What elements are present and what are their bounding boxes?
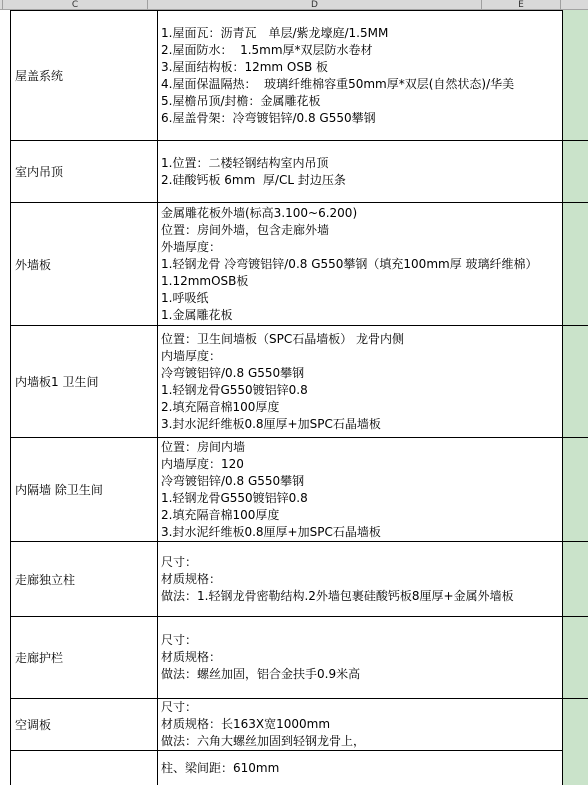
- spec-line: 柱、梁间距：610mm: [161, 760, 562, 777]
- row-label-cell[interactable]: 空调板: [10, 698, 158, 750]
- green-column-cell[interactable]: [563, 698, 588, 750]
- row-label-cell[interactable]: 室内吊顶: [10, 140, 158, 202]
- spec-line: 冷弯镀铝锌/0.8 G550攀钢: [161, 473, 562, 490]
- spec-line: 尺寸：: [161, 554, 562, 571]
- column-letter: C: [72, 1, 78, 10]
- row-label-cell[interactable]: 屋盖系统: [10, 10, 158, 140]
- column-letter: D: [311, 1, 318, 10]
- green-column-cell[interactable]: [563, 325, 588, 437]
- spec-line: 3.封水泥纤维板0.8厘厚+加SPC石晶墙板: [161, 524, 562, 541]
- row-content-cell[interactable]: 尺寸：材质规格：长163X宽1000mm做法：六角大螺丝加固到轻钢龙骨上，: [158, 698, 563, 750]
- column-letter: E: [518, 1, 524, 10]
- row-label-cell[interactable]: 走廊独立柱: [10, 541, 158, 616]
- spec-line: 1.屋面瓦：沥青瓦 单层/紫龙壕庭/1.5MM: [161, 25, 562, 42]
- table-row: 走廊护栏尺寸：材质规格：做法：螺丝加固，铝合金扶手0.9米高: [10, 616, 588, 698]
- spec-line: 内墙厚度：: [161, 348, 562, 365]
- row-label-cell[interactable]: [10, 750, 158, 785]
- spec-line: 1.位置：二楼轻钢结构室内吊顶: [161, 155, 562, 172]
- row-label: 外墙板: [15, 256, 51, 273]
- green-column-cell[interactable]: [563, 750, 588, 785]
- row-label-cell[interactable]: 外墙板: [10, 202, 158, 325]
- row-content-cell[interactable]: 尺寸：材质规格：做法：1.轻钢龙骨密勒结构.2外墙包裹硅酸钙板8厘厚+金属外墙板: [158, 541, 563, 616]
- row-label: 屋盖系统: [15, 67, 63, 84]
- spec-table: 屋盖系统1.屋面瓦：沥青瓦 单层/紫龙壕庭/1.5MM2.屋面防水： 1.5mm…: [10, 10, 588, 785]
- spec-line: 3.封水泥纤维板0.8厘厚+加SPC石晶墙板: [161, 416, 562, 433]
- row-label-cell[interactable]: 走廊护栏: [10, 616, 158, 698]
- table-row: 柱、梁间距：610mm: [10, 750, 588, 785]
- row-label: 内隔墙 除卫生间: [15, 481, 103, 498]
- spec-line: 位置：卫生间墙板（SPC石晶墙板） 龙骨内侧: [161, 331, 562, 348]
- table-row: 空调板尺寸：材质规格：长163X宽1000mm做法：六角大螺丝加固到轻钢龙骨上，: [10, 698, 588, 750]
- row-content-cell[interactable]: 柱、梁间距：610mm: [158, 750, 563, 785]
- table-row: 走廊独立柱尺寸：材质规格：做法：1.轻钢龙骨密勒结构.2外墙包裹硅酸钙板8厘厚+…: [10, 541, 588, 616]
- table-row: 外墙板金属雕花板外墙(标高3.100~6.200)位置：房间外墙，包含走廊外墙外…: [10, 202, 588, 325]
- spec-line: 2.填充隔音棉100厚度: [161, 507, 562, 524]
- row-label-cell[interactable]: 内隔墙 除卫生间: [10, 437, 158, 541]
- spec-line: 1.轻钢龙骨 冷弯镀铝锌/0.8 G550攀钢（填充100mm厚 玻璃纤维棉）: [161, 256, 562, 273]
- column-header: C D E: [0, 0, 588, 10]
- spec-line: 1.金属雕花板: [161, 307, 562, 324]
- row-label: 室内吊顶: [15, 163, 63, 180]
- column-header-cell-c[interactable]: C: [3, 0, 148, 10]
- column-header-cell-f[interactable]: [561, 0, 588, 10]
- green-column-cell[interactable]: [563, 541, 588, 616]
- row-content-cell[interactable]: 1.位置：二楼轻钢结构室内吊顶2.硅酸钙板 6mm 厚/CL 封边压条: [158, 140, 563, 202]
- spec-line: 内墙厚度：120: [161, 456, 562, 473]
- green-column-cell[interactable]: [563, 202, 588, 325]
- spec-line: 位置：房间外墙，包含走廊外墙: [161, 222, 562, 239]
- row-content-cell[interactable]: 金属雕花板外墙(标高3.100~6.200)位置：房间外墙，包含走廊外墙外墙厚度…: [158, 202, 563, 325]
- spec-line: 做法：1.轻钢龙骨密勒结构.2外墙包裹硅酸钙板8厘厚+金属外墙板: [161, 588, 562, 605]
- spec-line: 2.屋面防水： 1.5mm厚*双层防水卷材: [161, 42, 562, 59]
- green-column-cell[interactable]: [563, 10, 588, 140]
- spec-line: 外墙厚度：: [161, 239, 562, 256]
- table-row: 屋盖系统1.屋面瓦：沥青瓦 单层/紫龙壕庭/1.5MM2.屋面防水： 1.5mm…: [10, 10, 588, 140]
- spec-line: 尺寸：: [161, 632, 562, 649]
- spec-line: 3.屋面结构板：12mm OSB 板: [161, 59, 562, 76]
- row-label: 内墙板1 卫生间: [15, 373, 98, 390]
- spec-line: 5.屋檐吊顶/封檐：金属雕花板: [161, 93, 562, 110]
- spec-line: 冷弯镀铝锌/0.8 G550攀钢: [161, 365, 562, 382]
- column-header-cell-d[interactable]: D: [148, 0, 482, 10]
- spec-line: 1.轻钢龙骨G550镀铝锌0.8: [161, 382, 562, 399]
- row-content-cell[interactable]: 尺寸：材质规格：做法：螺丝加固，铝合金扶手0.9米高: [158, 616, 563, 698]
- spec-line: 位置：房间内墙: [161, 439, 562, 456]
- row-content-cell[interactable]: 位置：卫生间墙板（SPC石晶墙板） 龙骨内侧内墙厚度：冷弯镀铝锌/0.8 G55…: [158, 325, 563, 437]
- spec-line: 2.硅酸钙板 6mm 厚/CL 封边压条: [161, 172, 562, 189]
- table-row: 内隔墙 除卫生间位置：房间内墙内墙厚度：120冷弯镀铝锌/0.8 G550攀钢1…: [10, 437, 588, 541]
- green-column-cell[interactable]: [563, 616, 588, 698]
- row-label: 走廊护栏: [15, 649, 63, 666]
- spec-line: 材质规格：: [161, 649, 562, 666]
- spec-line: 1.呼吸纸: [161, 290, 562, 307]
- spec-line: 做法：六角大螺丝加固到轻钢龙骨上，: [161, 733, 562, 750]
- row-content-cell[interactable]: 位置：房间内墙内墙厚度：120冷弯镀铝锌/0.8 G550攀钢1.轻钢龙骨G55…: [158, 437, 563, 541]
- spec-line: 金属雕花板外墙(标高3.100~6.200): [161, 205, 562, 222]
- spec-line: 尺寸：: [161, 699, 562, 716]
- spec-line: 4.屋面保温隔热： 玻璃纤维棉容重50mm厚*双层(自然状态)/华美: [161, 76, 562, 93]
- spec-line: 材质规格：长163X宽1000mm: [161, 716, 562, 733]
- table-row: 室内吊顶1.位置：二楼轻钢结构室内吊顶2.硅酸钙板 6mm 厚/CL 封边压条: [10, 140, 588, 202]
- row-label: 空调板: [15, 716, 51, 733]
- row-label: 走廊独立柱: [15, 571, 75, 588]
- spec-line: 6.屋盖骨架：冷弯镀铝锌/0.8 G550攀钢: [161, 110, 562, 127]
- green-column-cell[interactable]: [563, 140, 588, 202]
- table-row: 内墙板1 卫生间位置：卫生间墙板（SPC石晶墙板） 龙骨内侧内墙厚度：冷弯镀铝锌…: [10, 325, 588, 437]
- spec-line: 材质规格：: [161, 571, 562, 588]
- column-header-cell-e[interactable]: E: [482, 0, 561, 10]
- spec-line: 1.12mmOSB板: [161, 273, 562, 290]
- row-label-cell[interactable]: 内墙板1 卫生间: [10, 325, 158, 437]
- green-column-cell[interactable]: [563, 437, 588, 541]
- spec-line: 1.轻钢龙骨G550镀铝锌0.8: [161, 490, 562, 507]
- spec-line: 做法：螺丝加固，铝合金扶手0.9米高: [161, 666, 562, 683]
- spec-line: 2.填充隔音棉100厚度: [161, 399, 562, 416]
- row-content-cell[interactable]: 1.屋面瓦：沥青瓦 单层/紫龙壕庭/1.5MM2.屋面防水： 1.5mm厚*双层…: [158, 10, 563, 140]
